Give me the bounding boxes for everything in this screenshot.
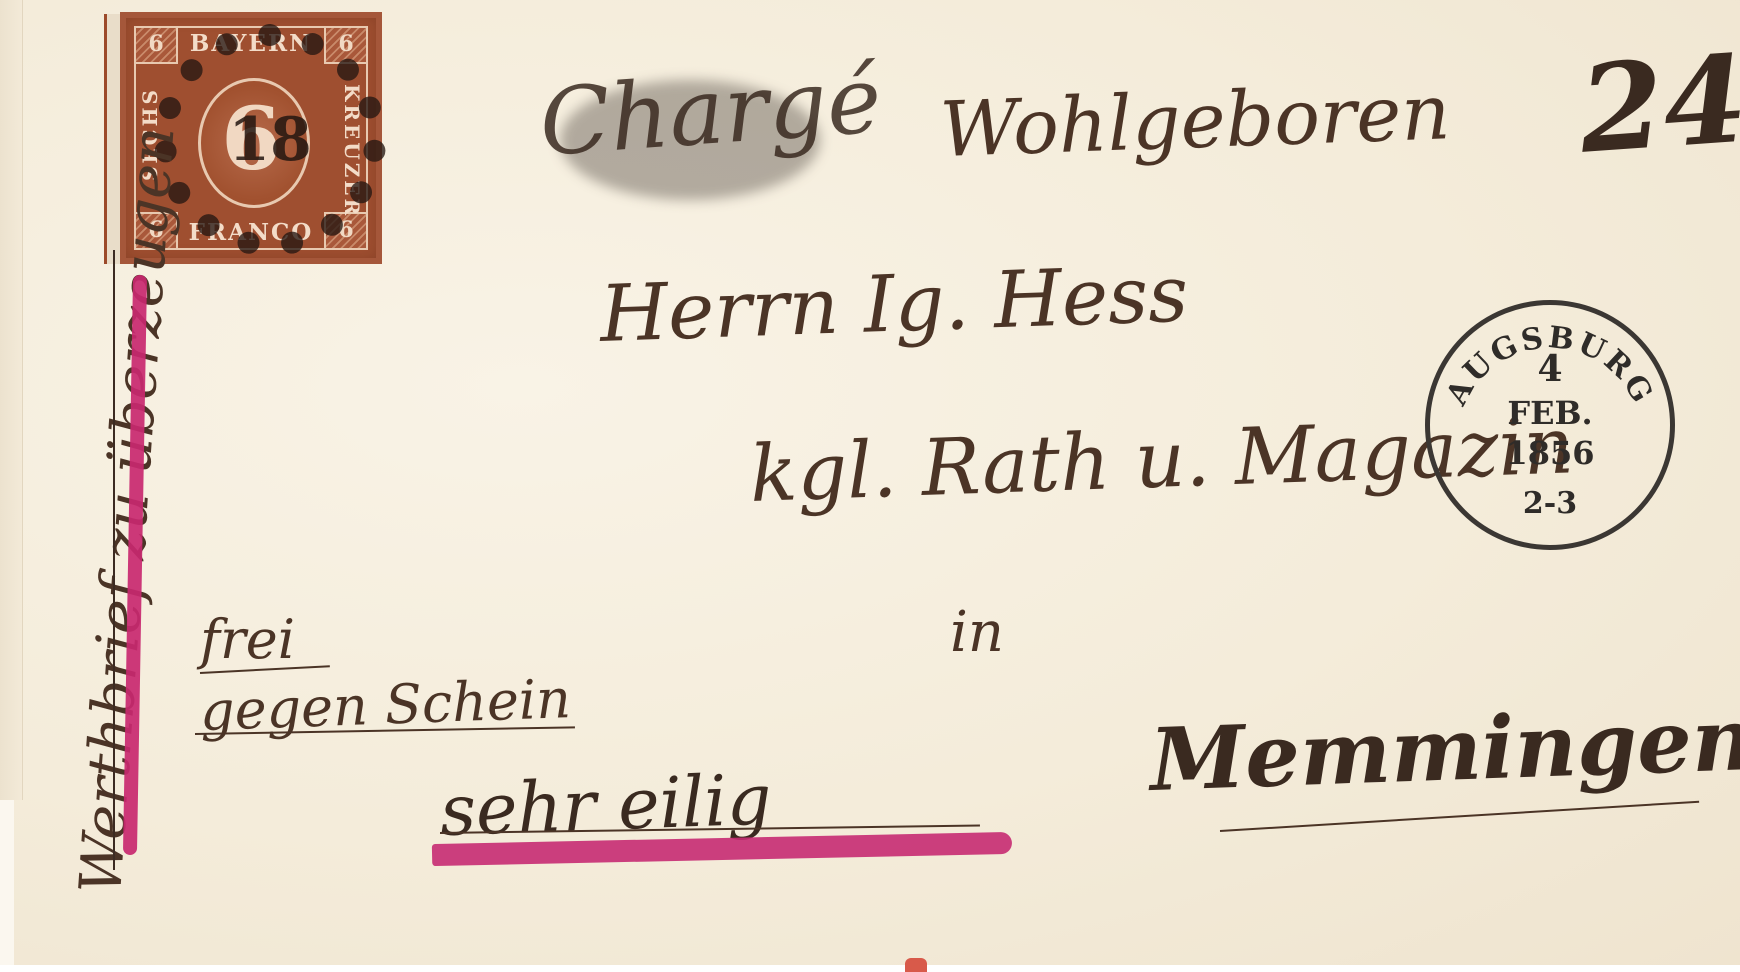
charge-marking: Chargé [536, 46, 884, 177]
mill-wheel-cancel: 18 [170, 40, 370, 240]
vertical-note-strike [113, 250, 115, 870]
augsburg-postmark: AUGSBURG 4 FEB. 1856 2-3 [1425, 300, 1675, 550]
cover-fold-gap [0, 800, 14, 965]
destination-town: Memmingen [1148, 689, 1740, 811]
postmark-month: FEB. [1425, 394, 1675, 432]
preposition-in: in [950, 600, 1004, 665]
rate-marking: 24 [1575, 29, 1740, 181]
cancel-number: 18 [170, 40, 370, 240]
seal-remnant [905, 958, 927, 972]
postmark-year: 1856 [1425, 434, 1675, 472]
cover-fold-edge [0, 0, 23, 800]
postmark-day: 4 [1425, 348, 1675, 390]
salutation-text: Wohlgeboren [938, 67, 1451, 174]
addressee-line-1: Herrn Ig. Hess [598, 249, 1189, 359]
letter-cover: 6 6 6 6 BAYERN FRANCO SECHS KREUZER 6 18… [0, 0, 1740, 965]
postmark-hour: 2-3 [1425, 486, 1675, 521]
note-frei: frei [200, 608, 295, 671]
